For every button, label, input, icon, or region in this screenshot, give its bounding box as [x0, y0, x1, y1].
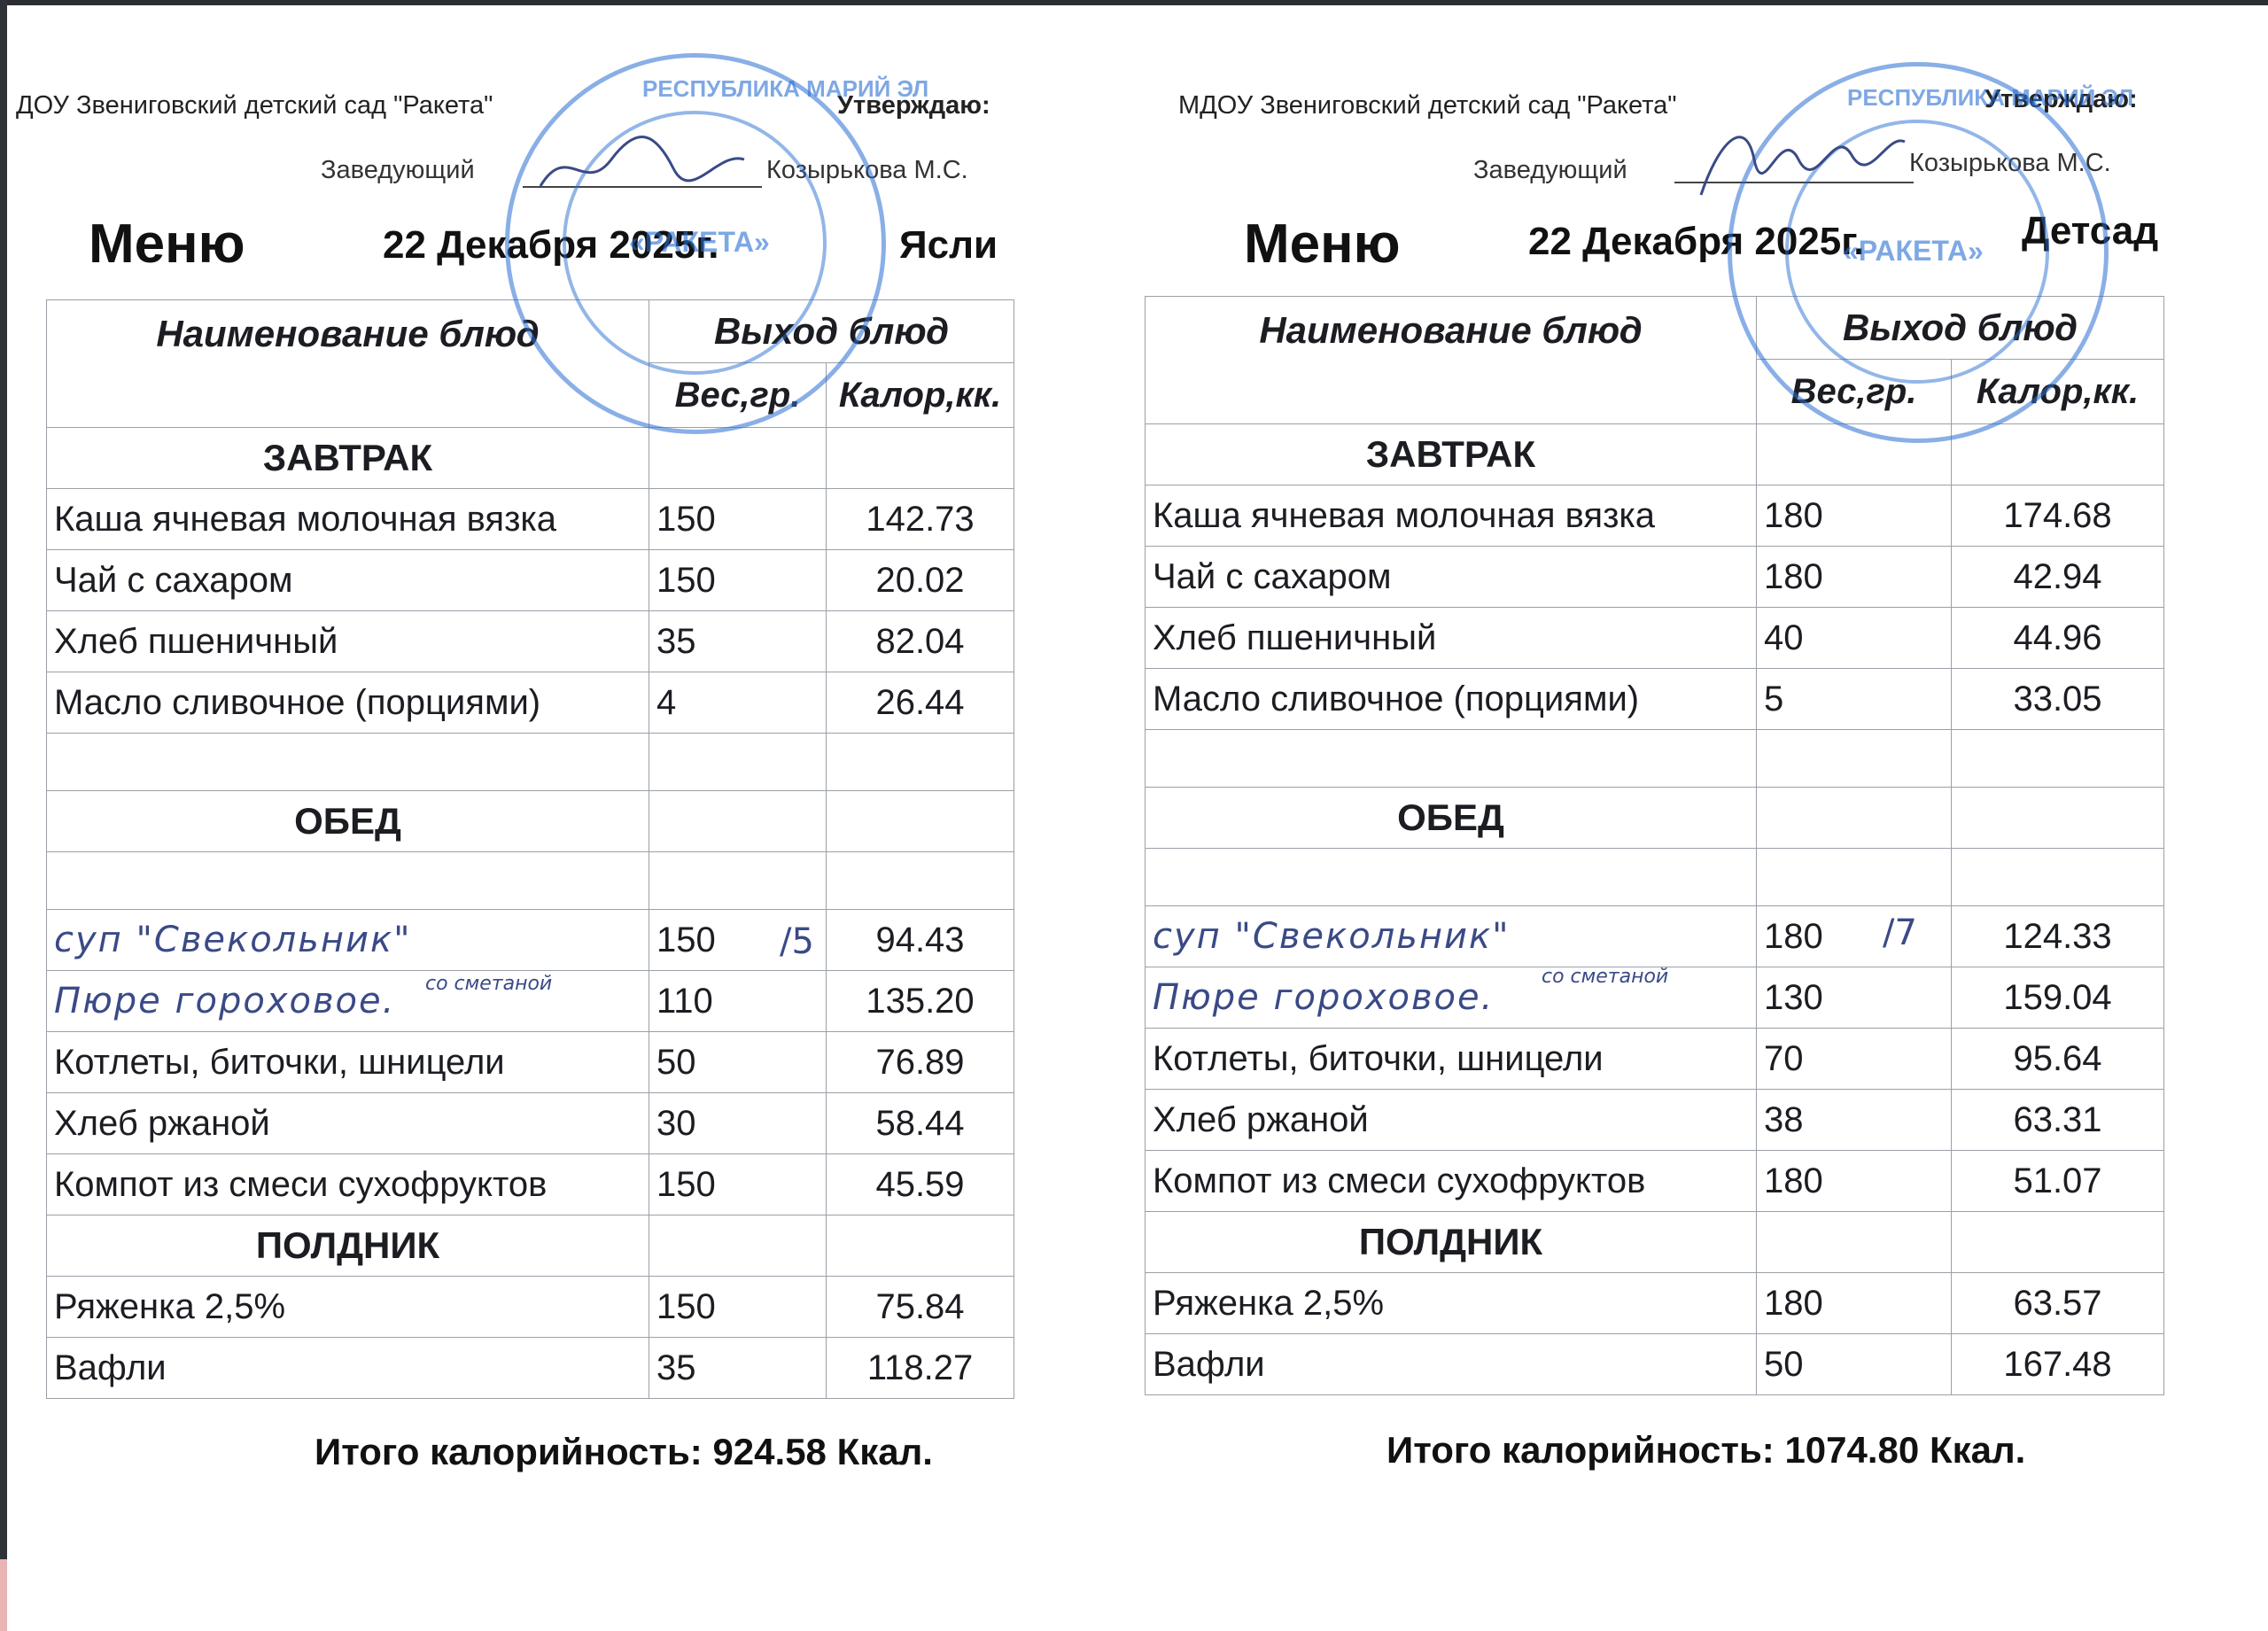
dish-calories: 63.57	[1952, 1273, 2164, 1334]
org-name: МДОУ Звениговский детский сад "Ракета"	[1178, 91, 1677, 120]
table-row: Ряженка 2,5%18063.57	[1146, 1273, 2164, 1334]
dish-calories: 95.64	[1952, 1029, 2164, 1090]
head-name: Козырькова М.С.	[766, 156, 968, 185]
section-breakfast: ЗАВТРАК	[1146, 424, 1757, 485]
menu-sheet-kindergarten: МДОУ Звениговский детский сад "Ракета" У…	[1125, 0, 2268, 1631]
empty-row	[47, 734, 1014, 791]
dish-name: Чай с сахаром	[47, 550, 649, 611]
dish-calories: 159.04	[1952, 967, 2164, 1029]
handwritten-note: со сметаной	[1542, 966, 1668, 988]
dish-name: Масло сливочное (порциями)	[47, 672, 649, 734]
dish-calories: 42.94	[1952, 547, 2164, 608]
empty-row	[1146, 730, 2164, 788]
total-calories: Итого калорийность: 1074.80 Ккал.	[1386, 1429, 2025, 1472]
header-dish-name: Наименование блюд	[47, 300, 649, 428]
dish-name: Вафли	[1146, 1334, 1757, 1395]
org-name: ДОУ Звениговский детский сад "Ракета"	[16, 91, 493, 120]
dish-calories: 58.44	[827, 1093, 1014, 1154]
section-snack: ПОЛДНИК	[47, 1215, 649, 1277]
dish-name: Чай с сахаром	[1146, 547, 1757, 608]
table-row: Хлеб пшеничный3582.04	[47, 611, 1014, 672]
head-role: Заведующий	[1473, 156, 1627, 185]
table-row: Каша ячневая молочная вязка180174.68	[1146, 485, 2164, 547]
dish-name: Компот из смеси сухофруктов	[1146, 1151, 1757, 1212]
dish-calories: 26.44	[827, 672, 1014, 734]
dish-weight: 180	[1757, 906, 1952, 967]
dish-weight: 30	[649, 1093, 827, 1154]
section-breakfast: ЗАВТРАК	[47, 428, 649, 489]
handwritten-mark: /5	[780, 921, 814, 962]
dish-weight: 110	[649, 971, 827, 1032]
dish-weight: 38	[1757, 1090, 1952, 1151]
dish-name: Хлеб ржаной	[47, 1093, 649, 1154]
dish-name: Каша ячневая молочная вязка	[1146, 485, 1757, 547]
table-row: Ряженка 2,5%15075.84	[47, 1277, 1014, 1338]
menu-group: Детсад	[2022, 209, 2158, 253]
dish-weight: 150	[649, 489, 827, 550]
menu-table: Наименование блюд Выход блюд Вес,гр. Кал…	[46, 299, 1014, 1399]
table-row: Вафли35118.27	[47, 1338, 1014, 1399]
table-row: Компот из смеси сухофруктов15045.59	[47, 1154, 1014, 1215]
head-name: Козырькова М.С.	[1909, 149, 2111, 178]
dish-name-handwritten: суп "Свекольник"	[1146, 906, 1757, 967]
dish-calories: 75.84	[827, 1277, 1014, 1338]
dish-calories: 51.07	[1952, 1151, 2164, 1212]
dish-name: Хлеб ржаной	[1146, 1090, 1757, 1151]
dish-weight: 180	[1757, 1151, 1952, 1212]
dish-name: Ряженка 2,5%	[47, 1277, 649, 1338]
dish-weight: 180	[1757, 485, 1952, 547]
dish-name: Компот из смеси сухофруктов	[47, 1154, 649, 1215]
table-row: Каша ячневая молочная вязка150142.73	[47, 489, 1014, 550]
dish-calories: 135.20	[827, 971, 1014, 1032]
table-row: Чай с сахаром15020.02	[47, 550, 1014, 611]
signature-line	[1674, 182, 1914, 183]
dish-name: Хлеб пшеничный	[1146, 608, 1757, 669]
menu-date: 22 Декабря 2025г.	[1528, 220, 1864, 264]
dish-name: Ряженка 2,5%	[1146, 1273, 1757, 1334]
dish-weight: 5	[1757, 669, 1952, 730]
dish-calories: 82.04	[827, 611, 1014, 672]
table-row: Компот из смеси сухофруктов18051.07	[1146, 1151, 2164, 1212]
dish-weight: 70	[1757, 1029, 1952, 1090]
dish-weight: 150	[649, 550, 827, 611]
dish-calories: 63.31	[1952, 1090, 2164, 1151]
section-lunch: ОБЕД	[47, 791, 649, 852]
dish-weight: 4	[649, 672, 827, 734]
menu-date: 22 Декабря 2025г.	[383, 223, 718, 268]
menu-title: Меню	[89, 213, 245, 276]
dish-calories: 76.89	[827, 1032, 1014, 1093]
header-calories: Калор,кк.	[1952, 360, 2164, 424]
dish-calories: 142.73	[827, 489, 1014, 550]
head-role: Заведующий	[321, 156, 475, 185]
dish-calories: 174.68	[1952, 485, 2164, 547]
dish-name: Хлеб пшеничный	[47, 611, 649, 672]
signature-icon	[532, 124, 762, 204]
approve-label: Утверждаю:	[837, 91, 990, 120]
dish-calories: 45.59	[827, 1154, 1014, 1215]
table-row: Вафли50167.48	[1146, 1334, 2164, 1395]
header-weight: Вес,гр.	[1757, 360, 1952, 424]
dish-weight: 35	[649, 611, 827, 672]
signature-line	[523, 186, 762, 188]
header-output: Выход блюд	[649, 300, 1014, 363]
menu-group: Ясли	[899, 223, 998, 268]
approve-label: Утверждаю:	[1984, 85, 2138, 114]
dish-calories: 33.05	[1952, 669, 2164, 730]
dish-weight: 180	[1757, 547, 1952, 608]
table-row: Чай с сахаром18042.94	[1146, 547, 2164, 608]
empty-row	[1146, 849, 2164, 906]
dish-weight: 150	[649, 1154, 827, 1215]
table-row: Хлеб пшеничный4044.96	[1146, 608, 2164, 669]
section-lunch: ОБЕД	[1146, 788, 1757, 849]
table-row: Масло сливочное (порциями)426.44	[47, 672, 1014, 734]
table-row: Котлеты, биточки, шницели7095.64	[1146, 1029, 2164, 1090]
header-calories: Калор,кк.	[827, 363, 1014, 428]
dish-calories: 118.27	[827, 1338, 1014, 1399]
table-row: Хлеб ржаной3058.44	[47, 1093, 1014, 1154]
dish-name-handwritten: Пюре гороховое.	[47, 971, 649, 1032]
dish-calories: 94.43	[827, 910, 1014, 971]
dish-weight: 50	[1757, 1334, 1952, 1395]
menu-sheet-nursery: ДОУ Звениговский детский сад "Ракета" Ут…	[0, 0, 1045, 1631]
dish-calories: 44.96	[1952, 608, 2164, 669]
handwritten-mark: /7	[1883, 913, 1917, 953]
table-row: Хлеб ржаной3863.31	[1146, 1090, 2164, 1151]
dish-weight: 50	[649, 1032, 827, 1093]
dish-weight: 180	[1757, 1273, 1952, 1334]
signature-icon	[1683, 106, 1914, 204]
dish-weight: 130	[1757, 967, 1952, 1029]
dish-calories: 167.48	[1952, 1334, 2164, 1395]
dish-name: Каша ячневая молочная вязка	[47, 489, 649, 550]
dish-name: Вафли	[47, 1338, 649, 1399]
table-row: суп "Свекольник"180124.33	[1146, 906, 2164, 967]
menu-title: Меню	[1244, 213, 1401, 276]
dish-calories: 124.33	[1952, 906, 2164, 967]
table-row: Котлеты, биточки, шницели5076.89	[47, 1032, 1014, 1093]
total-calories: Итого калорийность: 924.58 Ккал.	[315, 1431, 933, 1473]
menu-table: Наименование блюд Выход блюд Вес,гр. Кал…	[1145, 296, 2164, 1395]
dish-weight: 35	[649, 1338, 827, 1399]
dish-weight: 40	[1757, 608, 1952, 669]
table-row: суп "Свекольник"15094.43	[47, 910, 1014, 971]
dish-name-handwritten: суп "Свекольник"	[47, 910, 649, 971]
table-row: Масло сливочное (порциями)533.05	[1146, 669, 2164, 730]
dish-calories: 20.02	[827, 550, 1014, 611]
dish-name: Котлеты, биточки, шницели	[47, 1032, 649, 1093]
header-output: Выход блюд	[1757, 297, 2164, 360]
header-weight: Вес,гр.	[649, 363, 827, 428]
handwritten-note: со сметаной	[425, 973, 552, 995]
empty-row	[47, 852, 1014, 910]
header-dish-name: Наименование блюд	[1146, 297, 1757, 424]
dish-weight: 150	[649, 1277, 827, 1338]
section-snack: ПОЛДНИК	[1146, 1212, 1757, 1273]
dish-name: Котлеты, биточки, шницели	[1146, 1029, 1757, 1090]
dish-name: Масло сливочное (порциями)	[1146, 669, 1757, 730]
